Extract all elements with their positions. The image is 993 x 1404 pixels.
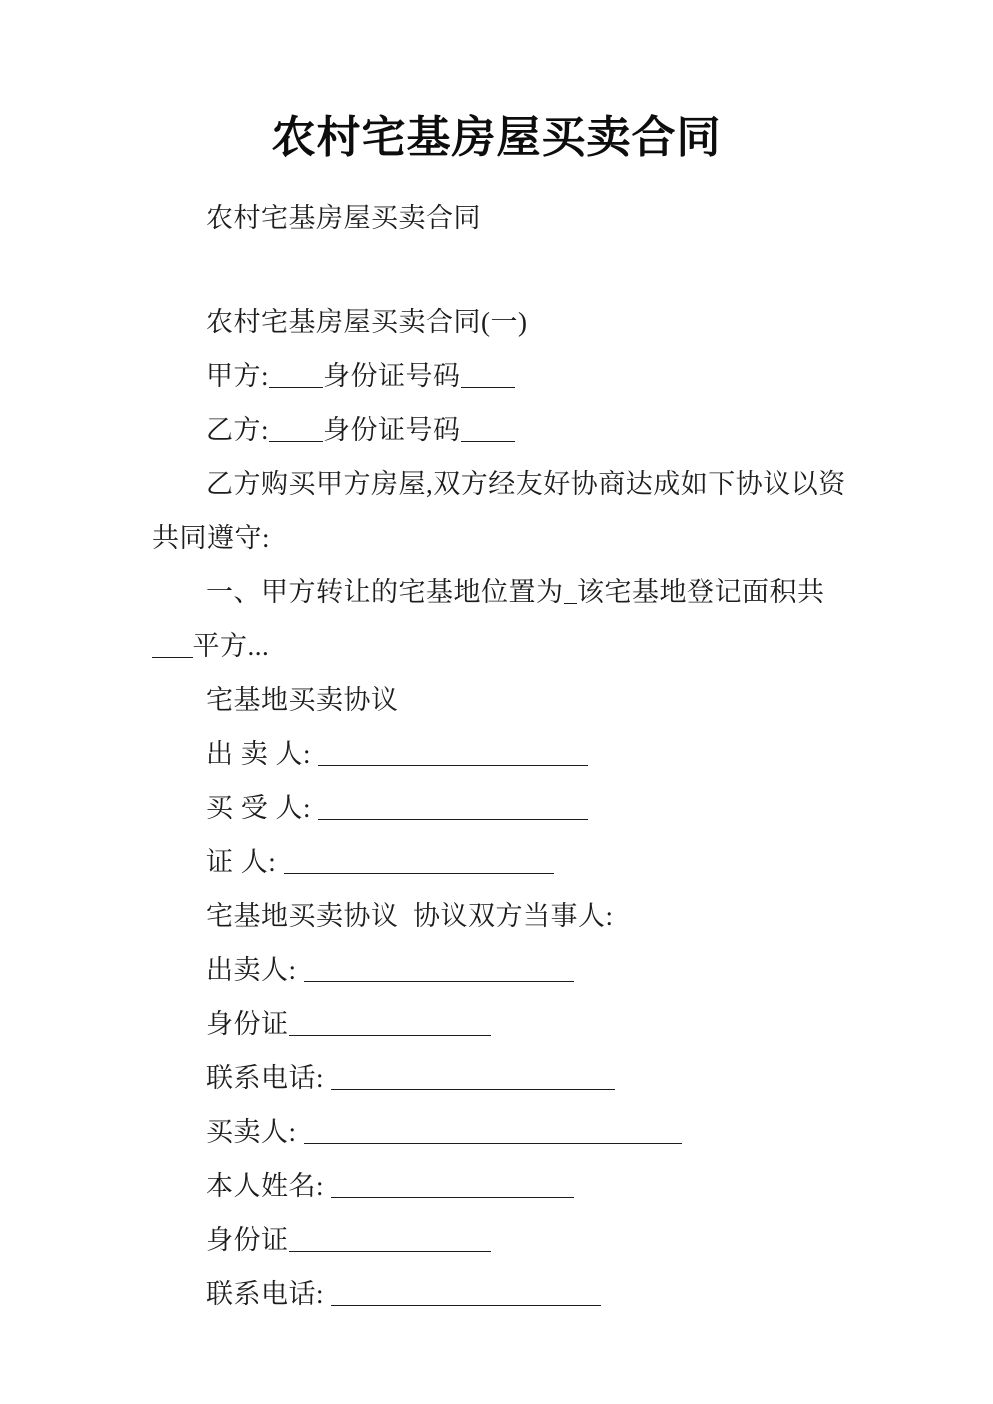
paragraph-line: 宅基地买卖协议 协议双方当事人: bbox=[152, 889, 853, 943]
paragraph-line: 出 卖 人: bbox=[152, 727, 853, 781]
paragraph-line: 本人姓名: bbox=[152, 1159, 853, 1213]
paragraph-line: 农村宅基房屋买卖合同 bbox=[152, 191, 853, 245]
paragraph-line: 买 受 人: bbox=[152, 781, 853, 835]
paragraph-line: 一、甲方转让的宅基地位置为该宅基地登记面积共 bbox=[152, 565, 853, 619]
paragraph-line: 出卖人: bbox=[152, 943, 853, 997]
blank-underline bbox=[564, 579, 578, 604]
paragraph-line: 农村宅基房屋买卖合同(一) bbox=[152, 295, 853, 349]
blank-underline bbox=[284, 849, 554, 874]
paragraph-line: 乙方:身份证号码 bbox=[152, 403, 853, 457]
paragraph-line: 共同遵守: bbox=[152, 511, 853, 565]
blank-underline bbox=[331, 1065, 615, 1090]
paragraph-line: 证 人: bbox=[152, 835, 853, 889]
blank-underline bbox=[304, 1119, 682, 1144]
paragraph-line: 乙方购买甲方房屋,双方经友好协商达成如下协议以资 bbox=[152, 457, 853, 511]
paragraph-line: 平方... bbox=[152, 619, 853, 673]
blank-underline bbox=[304, 957, 574, 982]
blank-underline bbox=[318, 795, 588, 820]
blank-underline bbox=[289, 1011, 492, 1036]
blank-underline bbox=[318, 741, 588, 766]
blank-underline bbox=[152, 633, 193, 658]
blank-underline bbox=[289, 1227, 492, 1252]
blank-underline bbox=[331, 1281, 601, 1306]
paragraph-line: 甲方:身份证号码 bbox=[152, 349, 853, 403]
document-title: 农村宅基房屋买卖合同 bbox=[40, 110, 953, 165]
blank-underline bbox=[269, 417, 323, 442]
blank-underline bbox=[461, 363, 515, 388]
contract-document-page: 农村宅基房屋买卖合同 农村宅基房屋买卖合同农村宅基房屋买卖合同(一)甲方:身份证… bbox=[0, 0, 993, 1404]
paragraph-line: 宅基地买卖协议 bbox=[152, 673, 853, 727]
paragraph-line: 身份证 bbox=[152, 997, 853, 1051]
blank-underline bbox=[461, 417, 515, 442]
paragraph-line: 身份证 bbox=[152, 1213, 853, 1267]
paragraph-line: 买卖人: bbox=[152, 1105, 853, 1159]
blank-line bbox=[152, 245, 853, 295]
paragraph-line: 联系电话: bbox=[152, 1051, 853, 1105]
document-body: 农村宅基房屋买卖合同农村宅基房屋买卖合同(一)甲方:身份证号码乙方:身份证号码乙… bbox=[152, 191, 853, 1321]
blank-underline bbox=[269, 363, 323, 388]
blank-underline bbox=[331, 1173, 574, 1198]
paragraph-line: 联系电话: bbox=[152, 1267, 853, 1321]
